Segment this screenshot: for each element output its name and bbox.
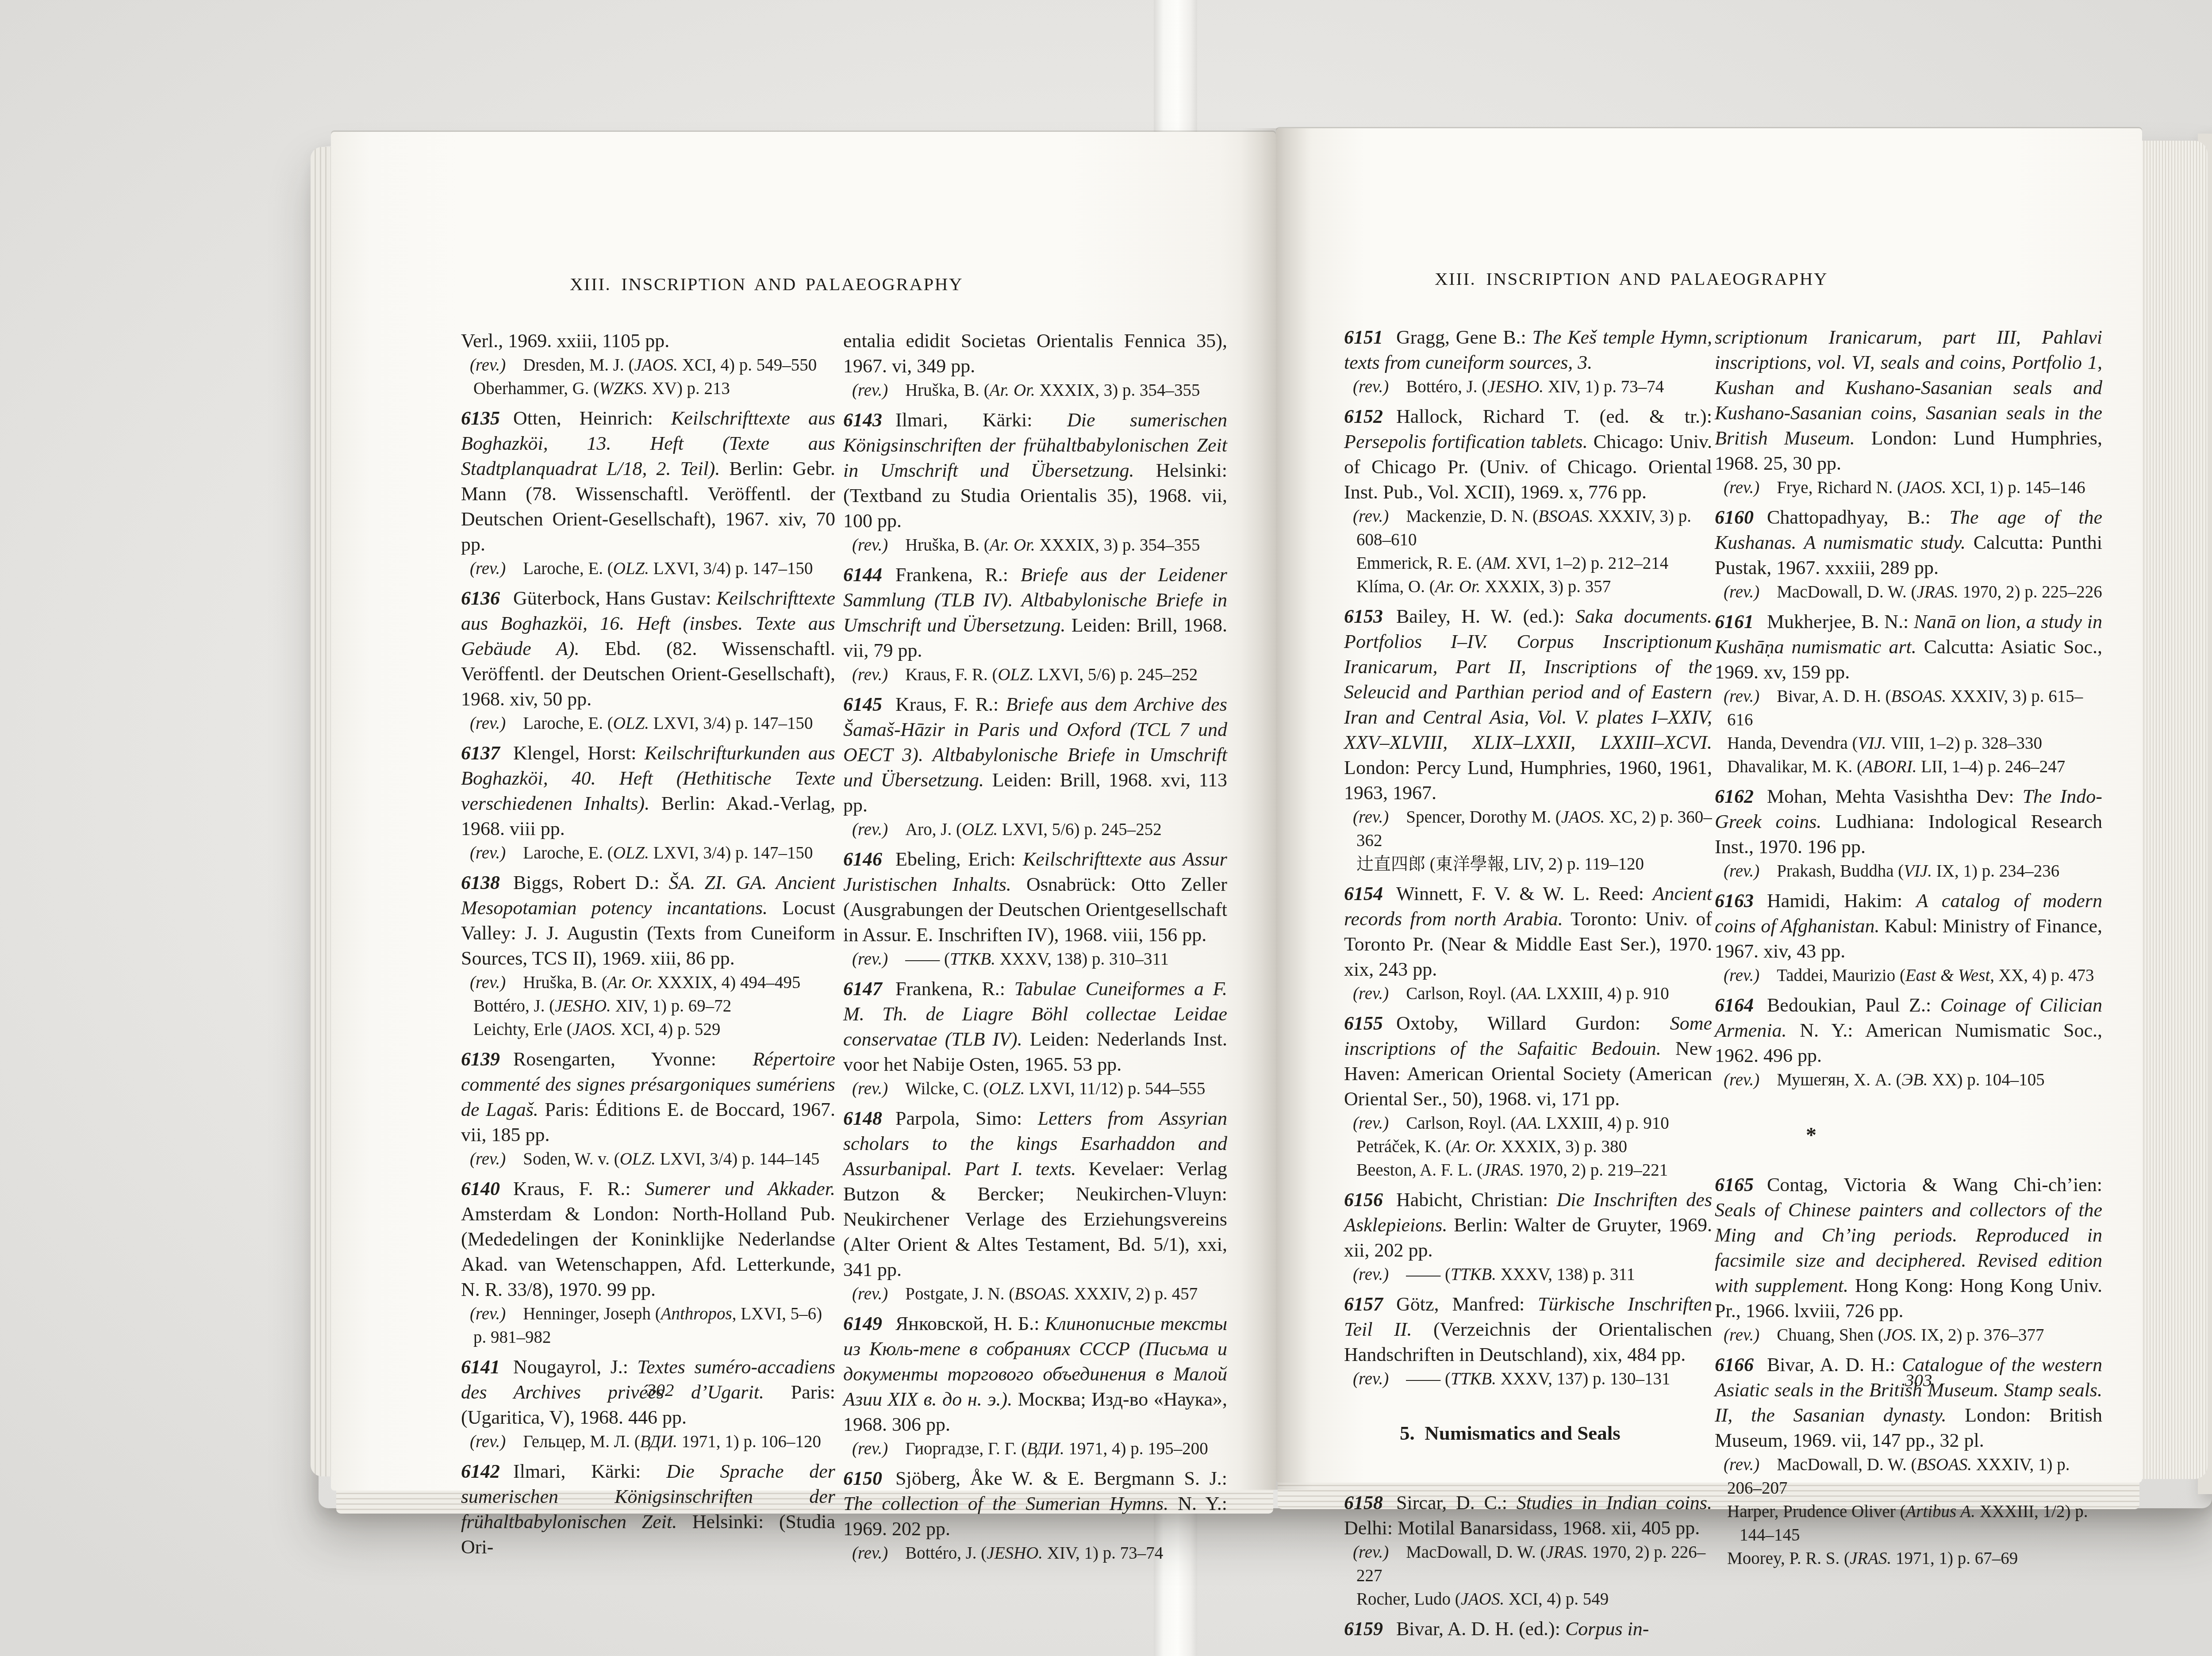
review-line: (rev.) Laroche, E. (OLZ. LXVI, 3/4) p. 1… [461,557,835,580]
text-segment: XXXIX, 3) p. 354–355 [1035,536,1200,555]
text-segment: Гиоргадзе, Г. Г. ( [888,1439,1027,1458]
text-segment: Bedoukian, Paul Z.: [1767,994,1940,1016]
text-segment: Götz, Manfred: [1396,1293,1538,1315]
review-line: (rev.) MacDowall, D. W. (JRAS. 1970, 2) … [1715,580,2102,604]
entry-number: 6145 [843,694,882,715]
text-segment: OLZ. [998,665,1033,684]
entry-body: 6154Winnett, F. V. & W. L. Reed: Ancient… [1344,881,1712,982]
bib-entry-6150: 6150Sjöberg, Åke W. & E. Bergmann S. J.:… [843,1466,1227,1565]
entry-body: 6142Ilmari, Kärki: Die Sprache der sumer… [461,1459,835,1560]
entry-body: 6148Parpola, Simo: Letters from Assyrian… [843,1106,1227,1282]
text-segment: (rev.) [470,356,506,375]
text-segment: Bivar, A. D. H. (ed.): [1396,1618,1565,1640]
bib-entry-6165: 6165Contag, Victoria & Wang Chi-ch’ien: … [1715,1172,2102,1347]
review-line-additional: Rocher, Ludo (JAOS. XCI, 4) p. 549 [1344,1587,1712,1611]
text-segment: Güterbock, Hans Gustav: [513,587,716,609]
text-segment: (rev.) [1724,966,1759,985]
text-segment: TTKB. [950,950,995,969]
review-line-additional: Beeston, A. F. L. (JRAS. 1970, 2) p. 219… [1344,1158,1712,1182]
text-segment: Nougayrol, J.: [513,1356,637,1378]
entry-body: entalia edidit Societas Orientalis Fenni… [843,328,1227,379]
text-segment: Hruška, B. ( [506,973,607,992]
entry-number: 6139 [461,1048,500,1070]
text-segment: VIJ. [1904,862,1932,881]
text-segment: LXVI, 3/4) p. 144–145 [656,1150,819,1169]
text-segment: LXVI, 3/4) p. 147–150 [649,843,813,862]
review-line: (rev.) MacDowall, D. W. (JRAS. 1970, 2) … [1344,1541,1712,1587]
text-segment: Bailey, H. W. (ed.): [1396,606,1575,627]
review-line: (rev.) Aro, J. (OLZ. LXVI, 5/6) p. 245–2… [843,818,1227,841]
review-line: (rev.) Гиоргадзе, Г. Г. (ВДИ. 1971, 4) p… [843,1437,1227,1460]
bib-entry-6146: 6146Ebeling, Erich: Keilschrifttexte aus… [843,847,1227,971]
text-segment: XXXV, 138) p. 311 [1496,1265,1635,1284]
text-segment: —— ( [1389,1265,1451,1284]
bib-entry-6137: 6137Klengel, Horst: Keilschrifturkunden … [461,740,835,865]
text-segment: 1970, 2) p. 225–226 [1959,583,2102,602]
fore-edge-right [2141,141,2208,1479]
entry-body: 6161Mukherjee, B. N.: Nanā on lion, a st… [1715,609,2102,685]
text-segment: Hruška, B. ( [888,536,990,555]
entry-number: 6158 [1344,1492,1383,1514]
text-segment: 1971, 1) p. 67–69 [1891,1549,2018,1568]
text-segment: Kraus, F. R. ( [888,665,998,684]
text-segment: XXXIX, 3) p. 354–355 [1035,381,1200,400]
text-segment: Ar. Or. [990,536,1035,555]
text-segment: JAOS. [1461,1590,1505,1609]
section-heading: 5. Numismatics and Seals [1400,1421,1712,1446]
text-segment: (rev.) [1724,1070,1759,1089]
text-segment: Chattopadhyay, B.: [1767,506,1949,528]
text-segment: (rev.) [1724,583,1759,602]
page-number-left: 302 [647,1379,674,1400]
text-segment: (rev.) [470,1304,506,1323]
gutter-shadow [1241,128,1312,1490]
text-segment: TTKB. [1451,1265,1496,1284]
entry-body: 6151Gragg, Gene B.: The Keš temple Hymn,… [1344,325,1712,375]
entry-body: 6152Hallock, Richard T. (ed. & tr.): Per… [1344,404,1712,505]
text-segment: Bottéro, J. ( [1389,377,1487,396]
bib-entry-6149: 6149Янковской, Н. Б.: Клинописные тексты… [843,1311,1227,1460]
text-segment: BSOAS. [1014,1284,1070,1303]
review-line: (rev.) Hruška, B. (Ar. Or. XXXIX, 4) 494… [461,971,835,994]
text-segment: JRAS. [1482,1161,1524,1180]
review-line: (rev.) Frye, Richard N. (JAOS. XCI, 1) p… [1715,476,2102,499]
text-segment: Dhavalikar, M. K. ( [1727,757,1863,776]
bib-entry-6151: 6151Gragg, Gene B.: The Keš temple Hymn,… [1344,325,1712,399]
bib-entry-6145: 6145Kraus, F. R.: Briefe aus dem Archive… [843,692,1227,841]
review-line: (rev.) Soden, W. v. (OLZ. LXVI, 3/4) p. … [461,1147,835,1171]
entry-number: 6153 [1344,606,1383,627]
bib-entry-6152: 6152Hallock, Richard T. (ed. & tr.): Per… [1344,404,1712,598]
section-separator: * [1715,1123,1908,1148]
text-segment: JESHO. [555,997,611,1016]
text-segment: Mukherjee, B. N.: [1767,611,1914,632]
text-segment: TTKB. [1451,1369,1496,1388]
text-segment: Rocher, Ludo ( [1356,1590,1461,1609]
text-segment: 1971, 4) p. 195–200 [1064,1439,1208,1458]
text-segment: AA. [1516,984,1541,1003]
review-line: (rev.) —— (TTKB. XXXV, 137) p. 130–131 [1344,1367,1712,1391]
entry-number: 6154 [1344,883,1383,905]
text-segment: (rev.) [1353,808,1389,827]
text-segment: (rev.) [1353,984,1389,1003]
text-segment: Laroche, E. ( [506,843,613,862]
text-segment: (rev.) [1724,862,1759,881]
review-line-additional: Bottéro, J. (JESHO. XIV, 1) p. 69–72 [461,994,835,1018]
text-segment: (rev.) [470,973,506,992]
entry-body: 6144Frankena, R.: Briefe aus der Leidene… [843,562,1227,663]
bib-entry-6148: 6148Parpola, Simo: Letters from Assyrian… [843,1106,1227,1306]
text-segment: (rev.) [1353,1369,1389,1388]
text-segment: Dresden, M. J. ( [506,356,634,375]
text-segment: (rev.) [852,1544,888,1563]
text-segment: ВДИ. [640,1432,677,1451]
entry-body: 6162Mohan, Mehta Vasishtha Dev: The Indo… [1715,784,2102,859]
text-segment: Oxtoby, Willard Gurdon: [1396,1012,1670,1034]
text-segment: (rev.) [852,1079,888,1098]
bib-entry-6143: 6143Ilmari, Kärki: Die sumerischen König… [843,407,1227,557]
text-segment: Corpus in- [1565,1618,1649,1640]
text-segment: MacDowall, D. W. ( [1759,1455,1916,1474]
text-segment: JAOS. [634,356,678,375]
text-segment: LXVI, 3/4) p. 147–150 [649,559,813,578]
entry-number: 6151 [1344,326,1383,348]
review-line: (rev.) Wilcke, C. (OLZ. LXVI, 11/12) p. … [843,1077,1227,1100]
entry-number: 6163 [1715,890,1754,912]
text-segment: XXXIV, 2) p. 457 [1070,1284,1198,1303]
bib-entry-6144: 6144Frankena, R.: Briefe aus der Leidene… [843,562,1227,686]
bib-entry-6140: 6140Kraus, F. R.: Sumerer und Akkader. A… [461,1176,835,1349]
text-segment: , XX, 4) p. 473 [1990,966,2094,985]
text-segment: Гельцер, М. Л. ( [506,1432,640,1451]
text-segment: (rev.) [852,665,888,684]
entry-number: 6159 [1344,1618,1383,1640]
entry-number: 6135 [461,407,500,429]
text-segment: (rev.) [470,843,506,862]
text-segment: LXXIII, 4) p. 910 [1542,1114,1669,1133]
text-segment: Parpola, Simo: [895,1108,1038,1129]
bib-entry-6142: 6142Ilmari, Kärki: Die Sprache der sumer… [461,1459,835,1560]
entry-body: 6147Frankena, R.: Tabulae Cuneiformes a … [843,976,1227,1077]
text-segment: —— ( [1389,1369,1451,1388]
bib-entry-6159: 6159Bivar, A. D. H. (ed.): Corpus in- [1344,1616,1712,1641]
text-segment: Delhi: Motilal Banarsidass, 1968. xii, 4… [1344,1517,1700,1539]
text-segment: Klengel, Horst: [513,742,645,764]
entry-body: 6143Ilmari, Kärki: Die sumerischen König… [843,407,1227,533]
review-line: (rev.) Bivar, A. D. H. (BSOAS. XXXIV, 3)… [1715,685,2102,732]
text-segment: BSOAS. [1891,687,1947,706]
text-segment: Postgate, J. N. ( [888,1284,1014,1303]
bib-entry-6139: 6139Rosengarten, Yvonne: Répertoire comm… [461,1046,835,1171]
text-segment: OLZ. [620,1150,656,1169]
entry-number: 6156 [1344,1189,1383,1211]
text-segment: Sumerer und Akkader. [645,1178,835,1200]
text-segment: Ar. Or. [990,381,1035,400]
review-line: (rev.) Spencer, Dorothy M. (JAOS. XC, 2)… [1344,805,1712,852]
review-line: (rev.) MacDowall, D. W. (BSOAS. XXXIV, 1… [1715,1453,2102,1500]
text-segment: WZKS. [599,379,647,398]
text-segment: Leichty, Erle ( [473,1020,572,1039]
entry-number: 6149 [843,1313,882,1334]
bib-entry-6164: 6164Bedoukian, Paul Z.: Coinage of Cilic… [1715,993,2102,1092]
review-line-additional: Handa, Devendra (VIJ. VIII, 1–2) p. 328–… [1715,732,2102,755]
entry-number: 6143 [843,409,882,431]
review-line: (rev.) Chuang, Shen (JOS. IX, 2) p. 376–… [1715,1323,2102,1347]
text-segment: ЭВ. [1901,1070,1928,1089]
text-segment: JAOS. [1561,808,1605,827]
review-line-additional: Klíma, O. (Ar. Or. XXXIX, 3) p. 357 [1344,575,1712,598]
text-segment: —— ( [888,950,950,969]
entry-number: 6152 [1344,406,1383,427]
text-segment: BSOAS. [1538,507,1594,526]
text-segment: (rev.) [470,714,506,733]
text-segment: (rev.) [852,1439,888,1458]
text-segment: Prakash, Buddha ( [1759,862,1904,881]
text-segment: JESHO. [1487,377,1544,396]
entry-body: 6159Bivar, A. D. H. (ed.): Corpus in- [1344,1616,1712,1641]
entry-number: 6141 [461,1356,500,1378]
review-line: (rev.) Carlson, Royl. (AA. LXXIII, 4) p.… [1344,982,1712,1005]
entry-number: 6160 [1715,506,1754,528]
entry-number: 6162 [1715,786,1754,807]
review-line: (rev.) Hruška, B. (Ar. Or. XXXIX, 3) p. … [843,533,1227,557]
text-segment: Anthropos [661,1304,732,1323]
text-segment: LXVI, 11/12) p. 544–555 [1025,1079,1206,1098]
review-line: (rev.) Laroche, E. (OLZ. LXVI, 3/4) p. 1… [461,712,835,735]
entry-number: 6157 [1344,1293,1383,1315]
text-segment: Kraus, F. R.: [513,1178,645,1200]
review-line: (rev.) Bottéro, J. (JESHO. XIV, 1) p. 73… [843,1541,1227,1565]
bib-entry-6136: 6136Güterbock, Hans Gustav: Keilschriftt… [461,586,835,735]
text-segment: VIII, 1–2) p. 328–330 [1886,734,2042,753]
review-line-additional: Oberhammer, G. (WZKS. XV) p. 213 [461,377,835,400]
entry-number: 6138 [461,872,500,893]
text-segment: (rev.) [1724,1455,1759,1474]
text-segment: Янковской, Н. Б.: [895,1313,1045,1334]
entry-number: 6136 [461,587,500,609]
text-segment: Harper, Prudence Oliver ( [1727,1502,1905,1521]
text-segment: Carlson, Royl. ( [1389,984,1516,1003]
bib-entry-6155: 6155Oxtoby, Willard Gurdon: Some inscrip… [1344,1011,1712,1182]
text-segment: Aro, J. ( [888,820,962,839]
text-segment: (rev.) [852,820,888,839]
text-segment: JESHO. [987,1544,1043,1563]
text-segment: Bivar, A. D. H.: [1767,1354,1902,1376]
text-segment: Mohan, Mehta Vasishtha Dev: [1767,786,2023,807]
left-page-column-2: entalia edidit Societas Orientalis Fenni… [843,328,1227,1570]
bib-entry-continuation: entalia edidit Societas Orientalis Fenni… [843,328,1227,402]
review-line: (rev.) Mackenzie, D. N. (BSOAS. XXXIV, 3… [1344,505,1712,552]
running-head-right: XIII. INSCRIPTION AND PALAEOGRAPHY [1435,268,1828,289]
review-line: (rev.) Kraus, F. R. (OLZ. LXVI, 5/6) p. … [843,663,1227,686]
entry-body: 6136Güterbock, Hans Gustav: Keilschriftt… [461,586,835,712]
bib-entry-6135: 6135Otten, Heinrich: Keilschrifttexte au… [461,406,835,580]
page-stack-edge-left [311,147,334,1476]
text-segment: (rev.) [1353,377,1389,396]
text-segment: LXXIII, 4) p. 910 [1542,984,1669,1003]
text-segment: Ilmari, Kärki: [895,409,1067,431]
text-segment: The collection of the Sumerian Hymns. [843,1493,1168,1514]
text-segment: Oberhammer, G. ( [473,379,599,398]
text-segment: JAOS. [1903,478,1947,497]
entry-body: scriptionum Iranicarum, part III, Pahlav… [1715,325,2102,476]
entry-body: 6155Oxtoby, Willard Gurdon: Some inscrip… [1344,1011,1712,1112]
entry-body: 6140Kraus, F. R.: Sumerer und Akkader. A… [461,1176,835,1302]
text-segment: Frankena, R.: [895,978,1014,1000]
text-segment: AA. [1516,1114,1541,1133]
entry-number: 6142 [461,1460,500,1482]
entry-number: 6140 [461,1178,500,1200]
text-segment: (rev.) [1724,687,1759,706]
text-segment: Petráček, K. ( [1356,1137,1451,1156]
text-segment: Hallock, Richard T. (ed. & tr.): [1396,406,1712,427]
text-segment: (rev.) [1353,1114,1389,1133]
entry-body: 6164Bedoukian, Paul Z.: Coinage of Cilic… [1715,993,2102,1068]
text-segment: Carlson, Royl. ( [1389,1114,1516,1133]
entry-number: 6155 [1344,1012,1383,1034]
text-segment: XXXIX, 3) p. 380 [1497,1137,1627,1156]
entry-body: 6150Sjöberg, Åke W. & E. Bergmann S. J.:… [843,1466,1227,1541]
bib-entry-6153: 6153Bailey, H. W. (ed.): Saka documents.… [1344,604,1712,876]
text-segment: Verl., 1969. xxiii, 1105 pp. [461,330,669,352]
bib-entry-6147: 6147Frankena, R.: Tabulae Cuneiformes a … [843,976,1227,1100]
entry-number: 6164 [1715,994,1754,1016]
text-segment: XCI, 4) p. 529 [616,1020,720,1039]
text-segment: Saka documents. Portfolios I–IV. Corpus … [1344,606,1712,753]
text-segment: XXXV, 138) p. 310–311 [995,950,1169,969]
text-segment: Ilmari, Kärki: [513,1460,666,1482]
text-segment: XCI, 4) p. 549–550 [678,356,817,375]
entry-body: 6145Kraus, F. R.: Briefe aus dem Archive… [843,692,1227,818]
text-segment: Artibus A. [1905,1502,1975,1521]
entry-number: 6165 [1715,1174,1754,1196]
text-segment: Kraus, F. R.: [895,694,1006,715]
text-segment: LXVI, 5/6) p. 245–252 [998,820,1161,839]
text-segment: OLZ. [613,714,649,733]
text-segment: XCI, 4) p. 549 [1504,1590,1609,1609]
review-line-additional: Petráček, K. (Ar. Or. XXXIX, 3) p. 380 [1344,1135,1712,1158]
text-segment: LXVI, 5/6) p. 245–252 [1034,665,1198,684]
text-segment: Ebeling, Erich: [895,848,1023,870]
text-segment: JRAS. [1546,1543,1587,1562]
bib-entry-6154: 6154Winnett, F. V. & W. L. Reed: Ancient… [1344,881,1712,1005]
entry-number: 6150 [843,1468,882,1489]
text-segment: Bottéro, J. ( [888,1544,987,1563]
review-line: (rev.) Гельцер, М. Л. (ВДИ. 1971, 1) p. … [461,1430,835,1453]
text-segment: (rev.) [1724,1326,1759,1345]
review-line: (rev.) —— (TTKB. XXXV, 138) p. 311 [1344,1263,1712,1286]
review-line: (rev.) Bottéro, J. (JESHO. XIV, 1) p. 73… [1344,375,1712,399]
text-segment: JRAS. [1916,583,1958,602]
review-line: (rev.) Henninger, Joseph (Anthropos, LXV… [461,1302,835,1349]
bib-entry-6162: 6162Mohan, Mehta Vasishtha Dev: The Indo… [1715,784,2102,883]
review-line-additional: 辻直四郎 (東洋學報, LIV, 2) p. 119–120 [1344,852,1712,876]
text-segment: Frye, Richard N. ( [1759,478,1903,497]
text-segment: Moorey, P. R. S. ( [1727,1549,1850,1568]
text-segment: OLZ. [613,843,649,862]
entry-body: 6165Contag, Victoria & Wang Chi-ch’ien: … [1715,1172,2102,1323]
text-segment: Chuang, Shen ( [1759,1326,1884,1345]
review-line: (rev.) Laroche, E. (OLZ. LXVI, 3/4) p. 1… [461,841,835,865]
review-line-additional: Harper, Prudence Oliver (Artibus A. XXXI… [1715,1500,2102,1547]
text-segment: XX) p. 104–105 [1928,1070,2045,1089]
text-segment: Ar. Or. [1435,577,1481,596]
entry-number: 6137 [461,742,500,764]
text-segment: Persepolis fortification tablets. [1344,431,1588,452]
text-segment: LII, 1–4) p. 246–247 [1916,757,2065,776]
text-segment: XCI, 1) p. 145–146 [1947,478,2085,497]
text-segment: Beeston, A. F. L. ( [1356,1161,1482,1180]
text-segment: 1971, 1) p. 106–120 [677,1432,821,1451]
review-line: (rev.) Prakash, Buddha (VIJ. IX, 1) p. 2… [1715,859,2102,883]
text-segment: Frankena, R.: [895,564,1021,586]
entry-body: 6157Götz, Manfred: Türkische Inschriften… [1344,1292,1712,1367]
entry-number: 6166 [1715,1354,1754,1376]
text-segment: Otten, Heinrich: [513,407,671,429]
text-segment: AM. [1482,554,1511,573]
text-segment: XXXIX, 4) 494–495 [653,973,801,992]
text-segment: JRAS. [1850,1549,1891,1568]
text-segment: IX, 1) p. 234–236 [1932,862,2059,881]
text-segment: ABORI. [1863,757,1916,776]
text-segment: Mackenzie, D. N. ( [1389,507,1538,526]
text-segment: (rev.) [470,559,506,578]
text-segment: XIV, 1) p. 73–74 [1043,1544,1163,1563]
text-segment: IX, 2) p. 376–377 [1916,1326,2044,1345]
text-segment: Gragg, Gene B.: [1396,326,1532,348]
text-segment: (rev.) [470,1432,506,1451]
bib-entry-continuation: scriptionum Iranicarum, part III, Pahlav… [1715,325,2102,499]
text-segment: Ar. Or. [1451,1137,1497,1156]
text-segment: OLZ. [613,559,649,578]
entry-body: 6160Chattopadhyay, B.: The age of the Ku… [1715,505,2102,580]
text-segment: Habicht, Christian: [1396,1189,1557,1211]
text-segment: VIJ. [1858,734,1886,753]
bib-entry-6138: 6138Biggs, Robert D.: ŠA. ZI. GA. Ancien… [461,870,835,1041]
review-line-additional: Dhavalikar, M. K. (ABORI. LII, 1–4) p. 2… [1715,755,2102,778]
text-segment: MacDowall, D. W. ( [1759,583,1916,602]
text-segment: XVI, 1–2) p. 212–214 [1511,554,1668,573]
text-segment: (rev.) [1353,1543,1389,1562]
entry-body: 6158Sircar, D. C.: Studies in Indian coi… [1344,1490,1712,1541]
entry-body: 6135Otten, Heinrich: Keilschrifttexte au… [461,406,835,557]
entry-body: 6166Bivar, A. D. H.: Catalogue of the we… [1715,1352,2102,1453]
right-page-column-1: 6151Gragg, Gene B.: The Keš temple Hymn,… [1344,325,1712,1647]
text-segment: Henninger, Joseph ( [506,1304,661,1323]
text-segment: Hruška, B. ( [888,381,990,400]
text-segment: Taddei, Maurizio ( [1759,966,1905,985]
entry-body: 6156Habicht, Christian: Die Inschriften … [1344,1187,1712,1263]
text-segment: (rev.) [852,536,888,555]
review-line: (rev.) Dresden, M. J. (JAOS. XCI, 4) p. … [461,353,835,377]
text-segment: (rev.) [470,1150,506,1169]
text-segment: London: Percy Lund, Humphries, 1960, 196… [1344,757,1712,804]
entry-number: 6148 [843,1108,882,1129]
text-segment: XXXV, 137) p. 130–131 [1496,1369,1671,1388]
text-segment: XIV, 1) p. 69–72 [611,997,731,1016]
text-segment: Rosengarten, Yvonne: [513,1048,753,1070]
text-segment: 1970, 2) p. 219–221 [1524,1161,1668,1180]
text-segment: Soden, W. v. ( [506,1150,619,1169]
text-segment: Hamidi, Hakim: [1767,890,1916,912]
text-segment: Biggs, Robert D.: [513,872,669,893]
text-segment: Winnett, F. V. & W. L. Reed: [1396,883,1653,905]
text-segment: Spencer, Dorothy M. ( [1389,808,1561,827]
review-line-additional: Emmerick, R. E. (AM. XVI, 1–2) p. 212–21… [1344,552,1712,575]
text-segment: ВДИ. [1027,1439,1064,1458]
review-line: (rev.) Мушегян, Х. А. (ЭВ. XX) p. 104–10… [1715,1068,2102,1092]
bib-entry-6160: 6160Chattopadhyay, B.: The age of the Ku… [1715,505,2102,604]
